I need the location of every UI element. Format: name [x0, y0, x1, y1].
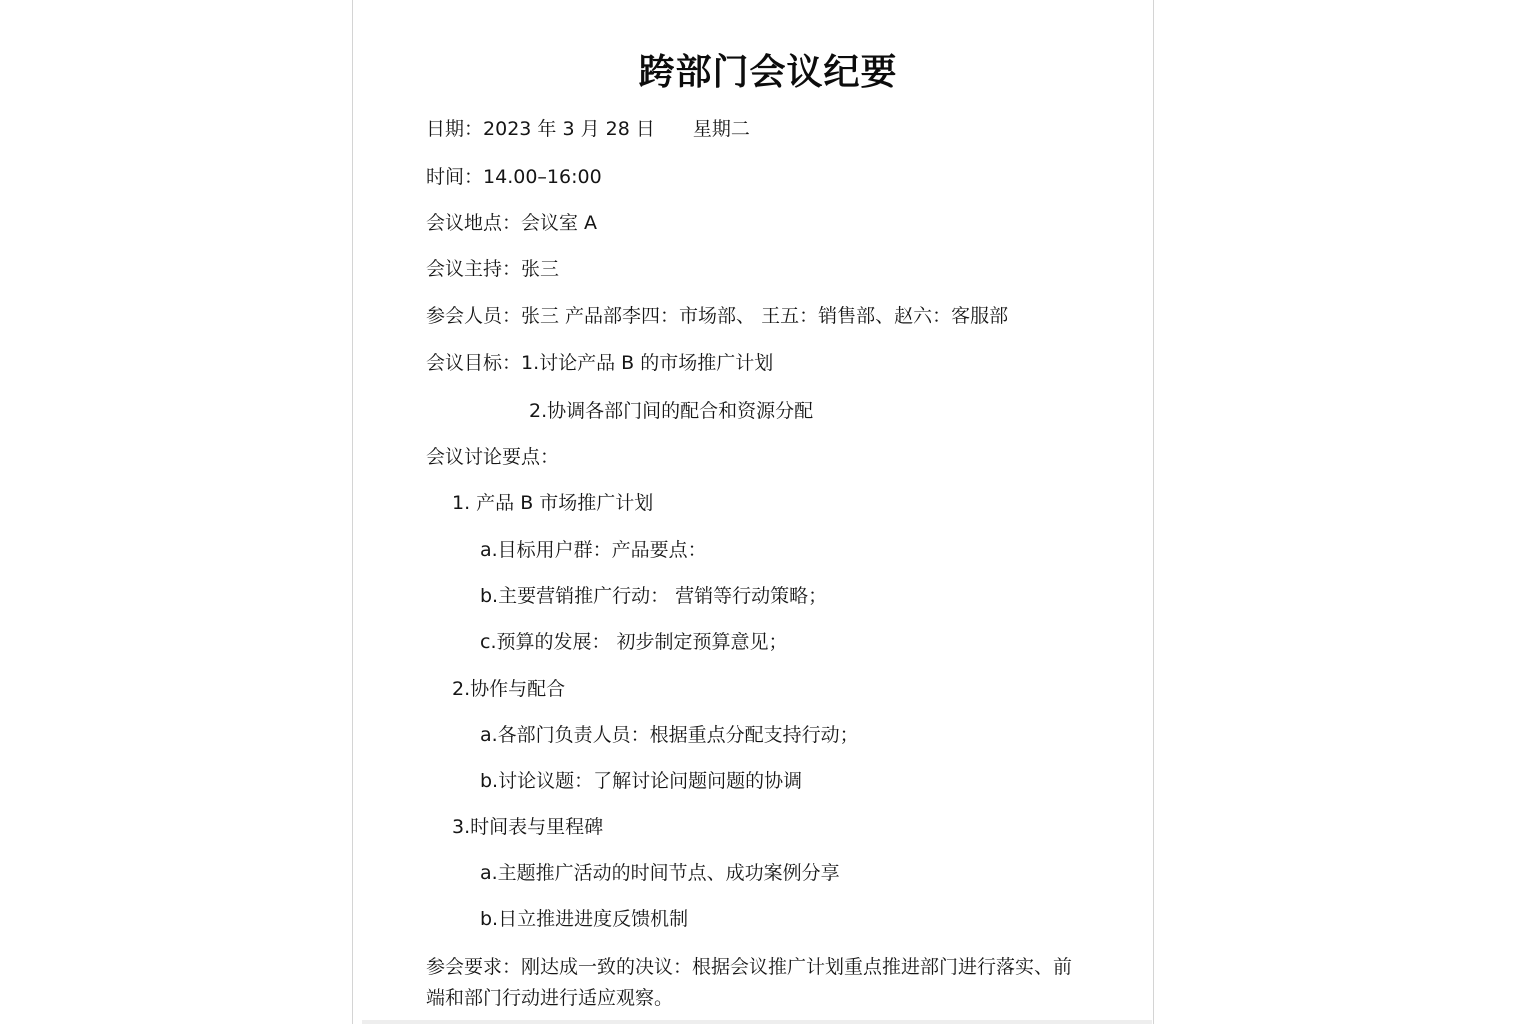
host-value: 张三 — [521, 258, 559, 280]
host-line: 会议主持：张三 — [426, 256, 559, 282]
section-item: b.主要营销推广行动： 营销等行动策略； — [480, 583, 827, 609]
section-item: b.讨论议题：了解讨论问题问题的协调 — [480, 768, 802, 794]
page-bottom-edge — [362, 1020, 1152, 1024]
time-label: 时间： — [426, 166, 483, 188]
section-item: a.目标用户群：产品要点： — [480, 537, 707, 563]
conclusion-line: 参会要求：刚达成一致的决议：根据会议推广计划重点推进部门进行落实、前 — [426, 954, 1072, 980]
attendees-value: 张三 产品部李四：市场部、 王五：销售部、赵六：客服部 — [521, 305, 1008, 327]
weekday-value: 星期二 — [693, 118, 750, 140]
objectives-line: 会议目标：1.讨论产品 B 的市场推广计划 — [426, 350, 773, 376]
objectives-label: 会议目标： — [426, 352, 521, 374]
objective-item: 1.讨论产品 B 的市场推广计划 — [521, 352, 773, 374]
time-value: 14.00–16:00 — [483, 166, 602, 188]
section-item: b.日立推进进度反馈机制 — [480, 906, 688, 932]
attendees-label: 参会人员： — [426, 305, 521, 327]
section-heading: 3.时间表与里程碑 — [452, 814, 603, 840]
location-value: 会议室 A — [521, 212, 597, 234]
time-line: 时间：14.00–16:00 — [426, 164, 602, 190]
attendees-line: 参会人员：张三 产品部李四：市场部、 王五：销售部、赵六：客服部 — [426, 303, 1008, 329]
host-label: 会议主持： — [426, 258, 521, 280]
date-line: 日期：2023 年 3 月 28 日星期二 — [426, 116, 750, 142]
section-item: a.各部门负责人员：根据重点分配支持行动； — [480, 722, 859, 748]
conclusion-line: 端和部门行动进行适应观察。 — [426, 985, 673, 1011]
objective-item: 2.协调各部门间的配合和资源分配 — [529, 398, 813, 424]
section-item: a.主题推广活动的时间节点、成功案例分享 — [480, 860, 840, 886]
location-line: 会议地点：会议室 A — [426, 210, 597, 236]
section-heading: 2.协作与配合 — [452, 676, 565, 702]
date-label: 日期： — [426, 118, 483, 140]
section-item: c.预算的发展： 初步制定预算意见； — [480, 629, 788, 655]
section-heading: 1. 产品 B 市场推广计划 — [452, 490, 653, 516]
document-title: 跨部门会议纪要 — [0, 44, 1536, 95]
date-value: 2023 年 3 月 28 日 — [483, 118, 655, 140]
location-label: 会议地点： — [426, 212, 521, 234]
discussion-label: 会议讨论要点： — [426, 444, 559, 470]
